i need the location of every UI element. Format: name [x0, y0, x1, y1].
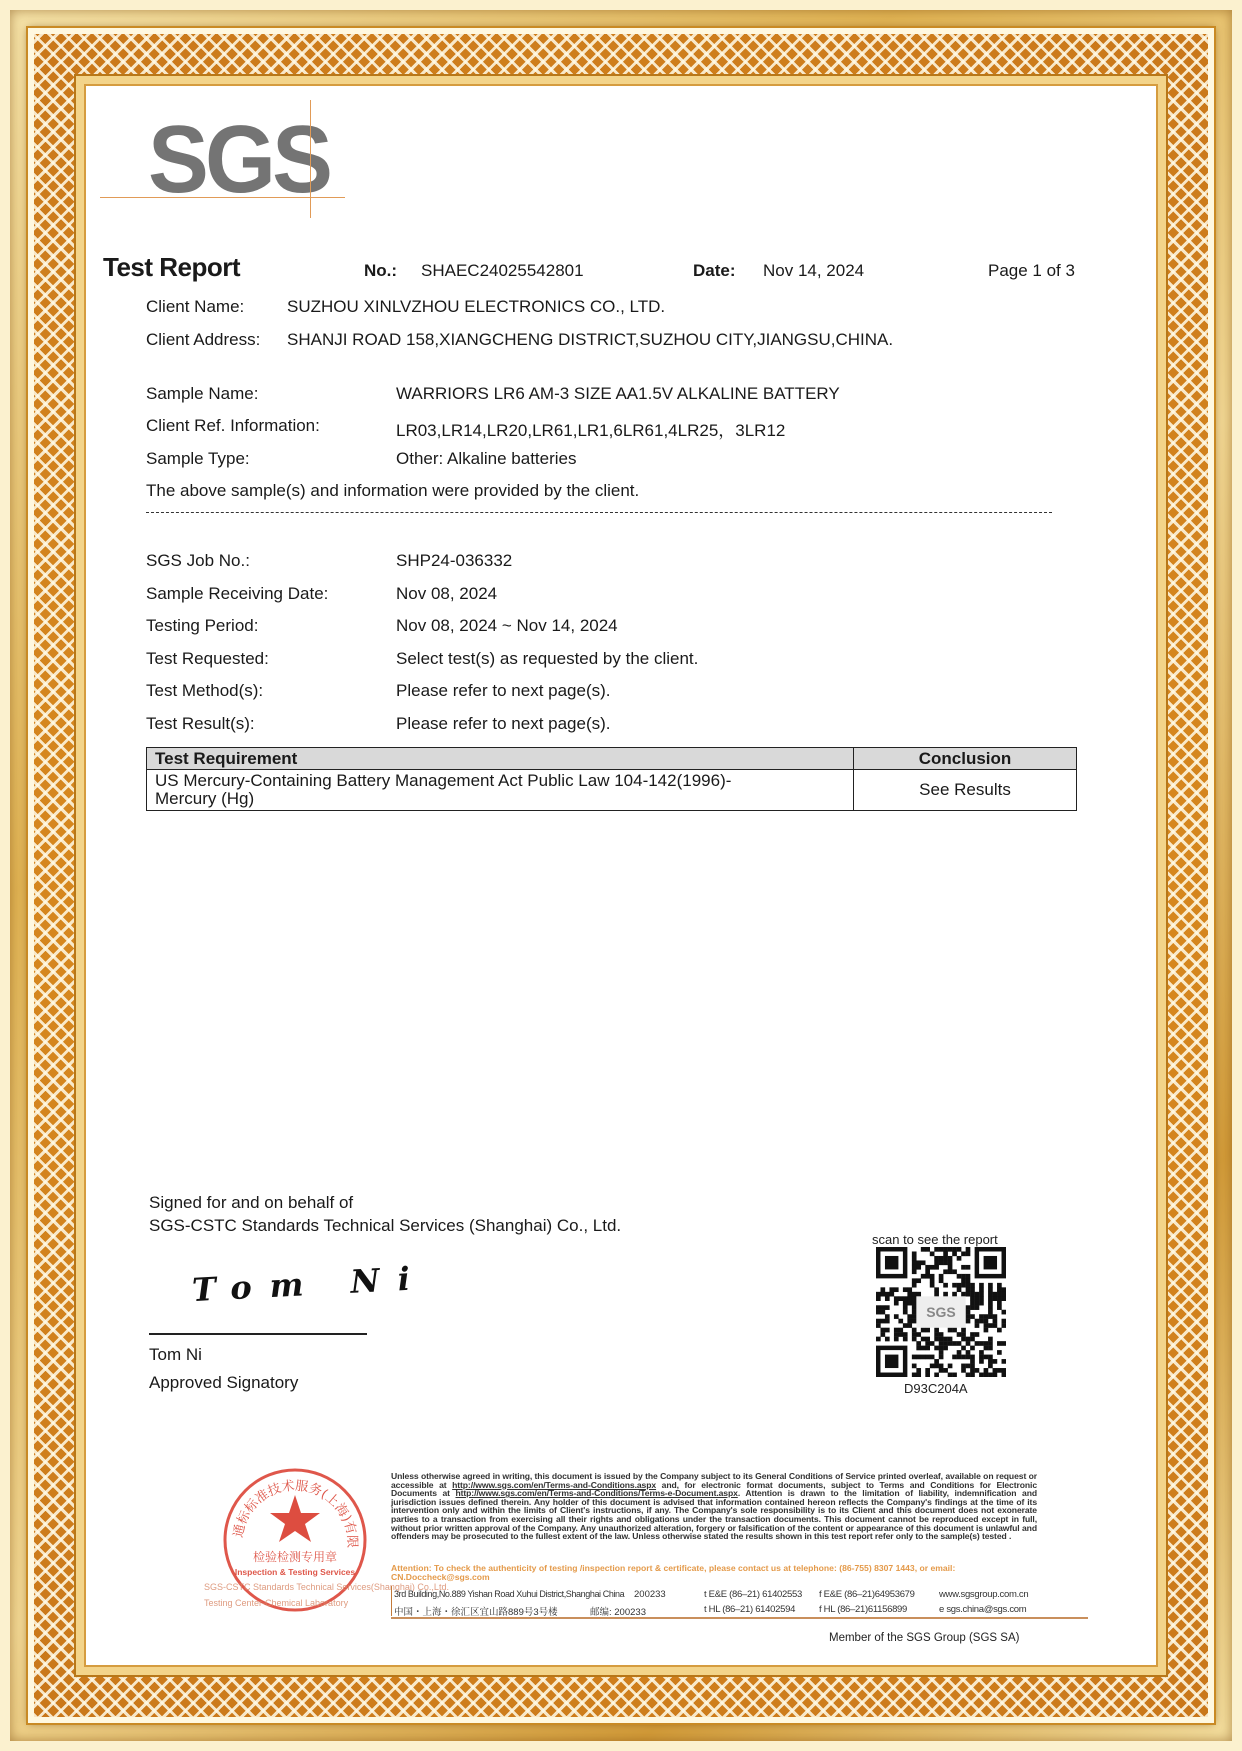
- test-results-label: Test Result(s):: [146, 714, 255, 734]
- footer-rule: [391, 1617, 1088, 1619]
- testing-period-label: Testing Period:: [146, 616, 258, 636]
- test-requested: Select test(s) as requested by the clien…: [396, 649, 698, 669]
- disclaimer-text-3: . Attention is drawn to the limitation o…: [391, 1488, 1037, 1541]
- authenticity-notice: Attention: To check the authenticity of …: [391, 1564, 1037, 1581]
- official-seal-icon: 通标标准技术服务(上海)有限公司 检验检测专用章 Inspection & Te…: [220, 1465, 370, 1615]
- testing-period: Nov 08, 2024 ~ Nov 14, 2024: [396, 616, 618, 636]
- sample-name: WARRIORS LR6 AM-3 SIZE AA1.5V ALKALINE B…: [396, 384, 840, 404]
- seal-caption-2: Testing Center-Chemical Laboratory: [204, 1598, 348, 1608]
- website-link[interactable]: www.sgsgroup.com.cn: [939, 1589, 1028, 1600]
- requirement-line-1: US Mercury-Containing Battery Management…: [155, 772, 845, 790]
- phone-ee: t E&E (86–21) 61402553: [704, 1589, 802, 1600]
- signatory-title: Approved Signatory: [149, 1373, 298, 1393]
- email-link[interactable]: e sgs.china@sgs.com: [939, 1604, 1026, 1615]
- conclusion-cell: See Results: [854, 770, 1077, 811]
- report-number: SHAEC24025542801: [421, 261, 584, 281]
- postcode-cn: 邮编: 200233: [590, 1604, 646, 1618]
- signature-line: [149, 1333, 367, 1335]
- requirement-cell: US Mercury-Containing Battery Management…: [147, 770, 854, 811]
- test-requirement-table: Test Requirement Conclusion US Mercury-C…: [146, 747, 1077, 811]
- requirement-line-2: Mercury (Hg): [155, 790, 845, 808]
- fax-hl: f HL (86–21)61156899: [819, 1604, 907, 1615]
- fax-ee: f E&E (86–21)64953679: [819, 1589, 915, 1600]
- client-ref-label: Client Ref. Information:: [146, 416, 320, 436]
- address-left-rule: [391, 1586, 392, 1616]
- sample-type-label: Sample Type:: [146, 449, 250, 469]
- test-methods-label: Test Method(s):: [146, 681, 263, 701]
- client-ref: LR03,LR14,LR20,LR61,LR1,6LR61,4LR25，3LR1…: [396, 416, 785, 441]
- qr-caption: scan to see the report: [872, 1232, 998, 1247]
- svg-text:SGS: SGS: [926, 1304, 956, 1320]
- table-header-row: Test Requirement Conclusion: [147, 748, 1077, 770]
- sample-note: The above sample(s) and information were…: [146, 481, 639, 501]
- address-en: 3rd Building,No.889 Yishan Road Xuhui Di…: [394, 1589, 624, 1599]
- test-requested-label: Test Requested:: [146, 649, 269, 669]
- qr-code-id: D93C204A: [904, 1381, 968, 1396]
- signed-on-behalf-label: Signed for and on behalf of: [149, 1193, 353, 1213]
- report-page: [84, 84, 1158, 1667]
- column-header-conclusion: Conclusion: [854, 748, 1077, 770]
- sgs-group-membership: Member of the SGS Group (SGS SA): [829, 1632, 1019, 1644]
- address-cn: 中国・上海・徐汇区宜山路889号3号楼: [394, 1604, 558, 1618]
- page-indicator: Page 1 of 3: [988, 261, 1075, 281]
- test-methods: Please refer to next page(s).: [396, 681, 611, 701]
- signatory-name: Tom Ni: [149, 1345, 202, 1365]
- report-date-label: Date:: [693, 261, 736, 281]
- job-no-label: SGS Job No.:: [146, 551, 250, 571]
- section-divider: [146, 512, 1052, 513]
- signing-company: SGS-CSTC Standards Technical Services (S…: [149, 1216, 621, 1236]
- report-number-label: No.:: [364, 261, 397, 281]
- report-date: Nov 14, 2024: [763, 261, 864, 281]
- job-no: SHP24-036332: [396, 551, 512, 571]
- receiving-date-label: Sample Receiving Date:: [146, 584, 328, 604]
- client-name: SUZHOU XINLVZHOU ELECTRONICS CO., LTD.: [287, 297, 665, 317]
- receiving-date: Nov 08, 2024: [396, 584, 497, 604]
- sgs-logo: SGS: [100, 100, 350, 220]
- test-results: Please refer to next page(s).: [396, 714, 611, 734]
- client-address-label: Client Address:: [146, 330, 260, 350]
- postcode-en: 200233: [634, 1589, 666, 1600]
- logo-vertical-rule: [310, 100, 311, 218]
- table-row: US Mercury-Containing Battery Management…: [147, 770, 1077, 811]
- phone-hl: t HL (86–21) 61402594: [704, 1604, 795, 1615]
- logo-horizontal-rule: [100, 197, 345, 198]
- client-name-label: Client Name:: [146, 297, 244, 317]
- column-header-requirement: Test Requirement: [147, 748, 854, 770]
- sgs-logo-text: SGS: [148, 105, 329, 215]
- client-address: SHANJI ROAD 158,XIANGCHENG DISTRICT,SUZH…: [287, 330, 893, 350]
- legal-disclaimer: Unless otherwise agreed in writing, this…: [391, 1472, 1037, 1541]
- sample-name-label: Sample Name:: [146, 384, 258, 404]
- qr-code-icon[interactable]: SGS: [876, 1247, 1006, 1377]
- svg-text:通标标准技术服务(上海)有限公司: 通标标准技术服务(上海)有限公司: [220, 1465, 359, 1548]
- sample-type: Other: Alkaline batteries: [396, 449, 576, 469]
- svg-text:Inspection & Testing Services: Inspection & Testing Services: [235, 1567, 356, 1577]
- report-title: Test Report: [103, 252, 240, 283]
- svg-text:检验检测专用章: 检验检测专用章: [253, 1549, 337, 1564]
